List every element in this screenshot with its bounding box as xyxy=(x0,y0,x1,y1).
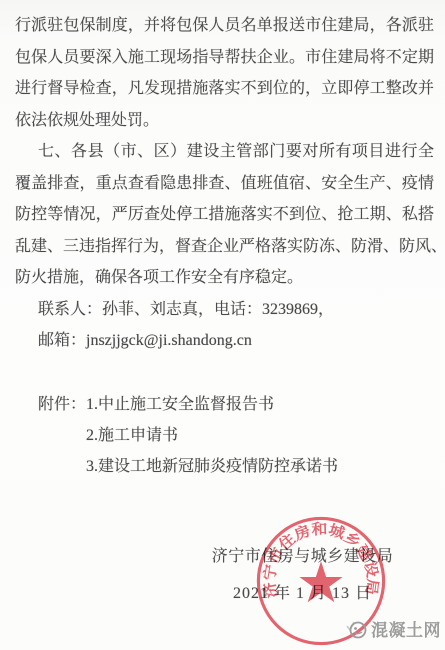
paragraph-1: 行派驻包保制度，并将包保人员名单报送市住建局，各派驻包保人员要深入施工现场指导帮… xyxy=(15,10,434,136)
watermark: 混凝土网 xyxy=(345,616,441,641)
signature-agency: 济宁市住房与城乡建设局 xyxy=(165,543,440,566)
attachment-item: 2.施工申请书 xyxy=(86,420,434,451)
attachments-list: 1.中止施工安全监督报告书2.施工申请书3.建设工地新冠肺炎疫情防控承诺书 xyxy=(86,389,434,482)
attachment-item: 3.建设工地新冠肺炎疫情防控承诺书 xyxy=(86,451,434,482)
attachments-label: 附件： xyxy=(38,389,86,420)
text-line: 包保人员要深入施工现场指导帮扶企业。市住建局将不定期 xyxy=(15,42,434,74)
text-line: 依法依规处理处罚。 xyxy=(15,105,434,137)
watermark-text: 混凝土网 xyxy=(371,616,441,641)
text-line: 进行督导检查，凡发现措施落实不到位的，立即停工整改并 xyxy=(15,73,434,105)
document-body: 行派驻包保制度，并将包保人员名单报送市住建局，各派驻包保人员要深入施工现场指导帮… xyxy=(15,10,434,482)
document-page: 行派驻包保制度，并将包保人员名单报送市住建局，各派驻包保人员要深入施工现场指导帮… xyxy=(0,0,445,650)
paragraph-2: 七、各县（市、区）建设主管部门要对所有项目进行全覆盖排查，重点查看隐患排查、值班… xyxy=(15,136,434,294)
text-line: 防控等情况，严厉查处停工措施落实不到位、抢工期、私搭 xyxy=(15,199,434,231)
contact-persons-line: 联系人：孙菲、刘志真，电话：3239869， xyxy=(15,294,434,326)
attachments-block: 附件： 1.中止施工安全监督报告书2.施工申请书3.建设工地新冠肺炎疫情防控承诺… xyxy=(15,389,434,482)
text-line: 七、各县（市、区）建设主管部门要对所有项目进行全 xyxy=(15,136,434,168)
attachment-item: 1.中止施工安全监督报告书 xyxy=(86,389,434,420)
contact-email-line: 邮箱：jnszjjgck@ji.shandong.cn xyxy=(15,325,434,357)
signature-date: 2021 年 1 月 13 日 xyxy=(165,580,440,603)
text-line: 乱建、三违指挥行为，督查企业严格落实防冻、防滑、防风、 xyxy=(15,231,434,263)
text-line: 防火措施，确保各项工作安全有序稳定。 xyxy=(15,262,434,294)
signature-block: 济宁市住房与城乡建设局 2021 年 1 月 13 日 xyxy=(165,543,440,603)
concrete-net-logo-icon xyxy=(345,618,367,640)
text-line: 覆盖排查，重点查看隐患排查、值班值宿、安全生产、疫情 xyxy=(15,168,434,200)
text-line: 行派驻包保制度，并将包保人员名单报送市住建局，各派驻 xyxy=(15,10,434,42)
